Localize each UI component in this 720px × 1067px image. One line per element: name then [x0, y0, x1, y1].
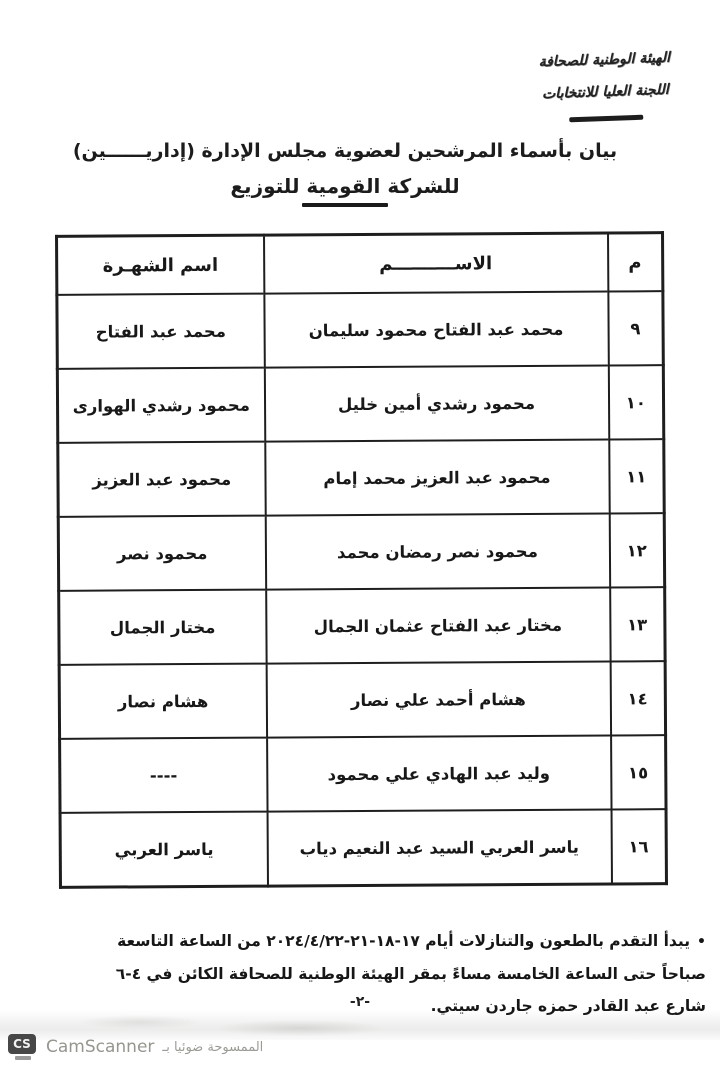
footnote-bullet-icon: •: [697, 934, 706, 950]
candidate-nickname: ----: [60, 738, 267, 813]
camscanner-logo-icon: CS: [8, 1034, 38, 1060]
table-header: م الاســــــــــم اسم الشهـرة: [57, 233, 663, 295]
camscanner-brand-text: CamScanner: [46, 1037, 154, 1057]
table-row: ١٤هشام أحمد علي نصارهشام نصار: [59, 661, 665, 739]
candidate-nickname: محمود نصر: [58, 516, 265, 591]
header-number: م: [608, 233, 663, 292]
candidate-nickname: محمود رشدي الهوارى: [57, 368, 264, 443]
scanned-document-page: الهيئة الوطنية للصحافة اللجنة العليا للا…: [0, 0, 720, 1067]
candidate-number: ١٢: [609, 513, 664, 587]
table-body: ٩محمد عبد الفتاح محمود سليمانمحمد عبد ال…: [57, 291, 667, 887]
stamp-line-election-committee: اللجنة العليا للانتخابات: [530, 73, 681, 110]
candidate-name: هشام أحمد علي نصار: [266, 661, 610, 737]
table-row: ١٦ياسر العربي السيد عبد النعيم ديابياسر …: [60, 809, 666, 887]
candidate-name: وليد عبد الهادي علي محمود: [267, 735, 611, 811]
candidate-number: ٩: [608, 291, 663, 365]
header-name: الاســــــــــم: [264, 233, 608, 294]
candidate-number: ١١: [609, 439, 664, 513]
table-row: ١٠محمود رشدي أمين خليلمحمود رشدي الهوارى: [57, 365, 663, 443]
candidate-nickname: محمود عبد العزيز: [58, 442, 265, 517]
candidate-name: محمد عبد الفتاح محمود سليمان: [264, 291, 608, 367]
table-row: ١١محمود عبد العزيز محمد إماممحمود عبد ال…: [58, 439, 664, 517]
candidate-nickname: محمد عبد الفتاح: [57, 294, 264, 369]
title-underline: [302, 203, 388, 207]
stamp-underline: [569, 115, 643, 123]
header-nickname: اسم الشهـرة: [57, 235, 264, 295]
header-row: م الاســــــــــم اسم الشهـرة: [57, 233, 663, 295]
camscanner-watermark: CS CamScanner الممسوحة ضوئيا بـ: [8, 1034, 263, 1060]
table-row: ١٣مختار عبد الفتاح عثمان الجمالمختار الج…: [59, 587, 665, 665]
cs-badge-bar: [15, 1056, 31, 1060]
candidate-nickname: هشام نصار: [59, 664, 266, 739]
candidate-name: مختار عبد الفتاح عثمان الجمال: [266, 587, 610, 663]
candidate-name: محمود عبد العزيز محمد إمام: [265, 439, 609, 515]
title-line-company: للشركة القومية للتوزيع: [0, 174, 690, 198]
candidate-number: ١٣: [610, 587, 665, 661]
document-title: بيان بأسماء المرشحين لعضوية مجلس الإدارة…: [0, 140, 690, 207]
candidates-table: م الاســــــــــم اسم الشهـرة ٩محمد عبد …: [55, 231, 668, 889]
candidate-name: محمود رشدي أمين خليل: [264, 365, 608, 441]
cs-badge-label: CS: [8, 1034, 36, 1054]
candidate-number: ١٥: [611, 735, 666, 809]
page-number: -٢-: [0, 994, 720, 1010]
candidate-name: ياسر العربي السيد عبد النعيم دياب: [267, 809, 611, 886]
candidate-number: ١٠: [608, 365, 663, 439]
candidate-name: محمود نصر رمضان محمد: [265, 513, 609, 589]
candidate-nickname: ياسر العربي: [60, 812, 267, 888]
camscanner-arabic-text: الممسوحة ضوئيا بـ: [162, 1040, 263, 1055]
title-line-candidates: بيان بأسماء المرشحين لعضوية مجلس الإدارة…: [0, 140, 690, 162]
candidate-nickname: مختار الجمال: [59, 590, 266, 665]
authority-stamp: الهيئة الوطنية للصحافة اللجنة العليا للا…: [529, 41, 682, 123]
table-row: ٩محمد عبد الفتاح محمود سليمانمحمد عبد ال…: [57, 291, 663, 369]
stamp-line-press-authority: الهيئة الوطنية للصحافة: [529, 41, 680, 78]
table-row: ١٥وليد عبد الهادي علي محمود----: [60, 735, 666, 813]
candidate-number: ١٦: [611, 809, 666, 884]
table-row: ١٢محمود نصر رمضان محمدمحمود نصر: [58, 513, 664, 591]
candidate-number: ١٤: [610, 661, 665, 735]
